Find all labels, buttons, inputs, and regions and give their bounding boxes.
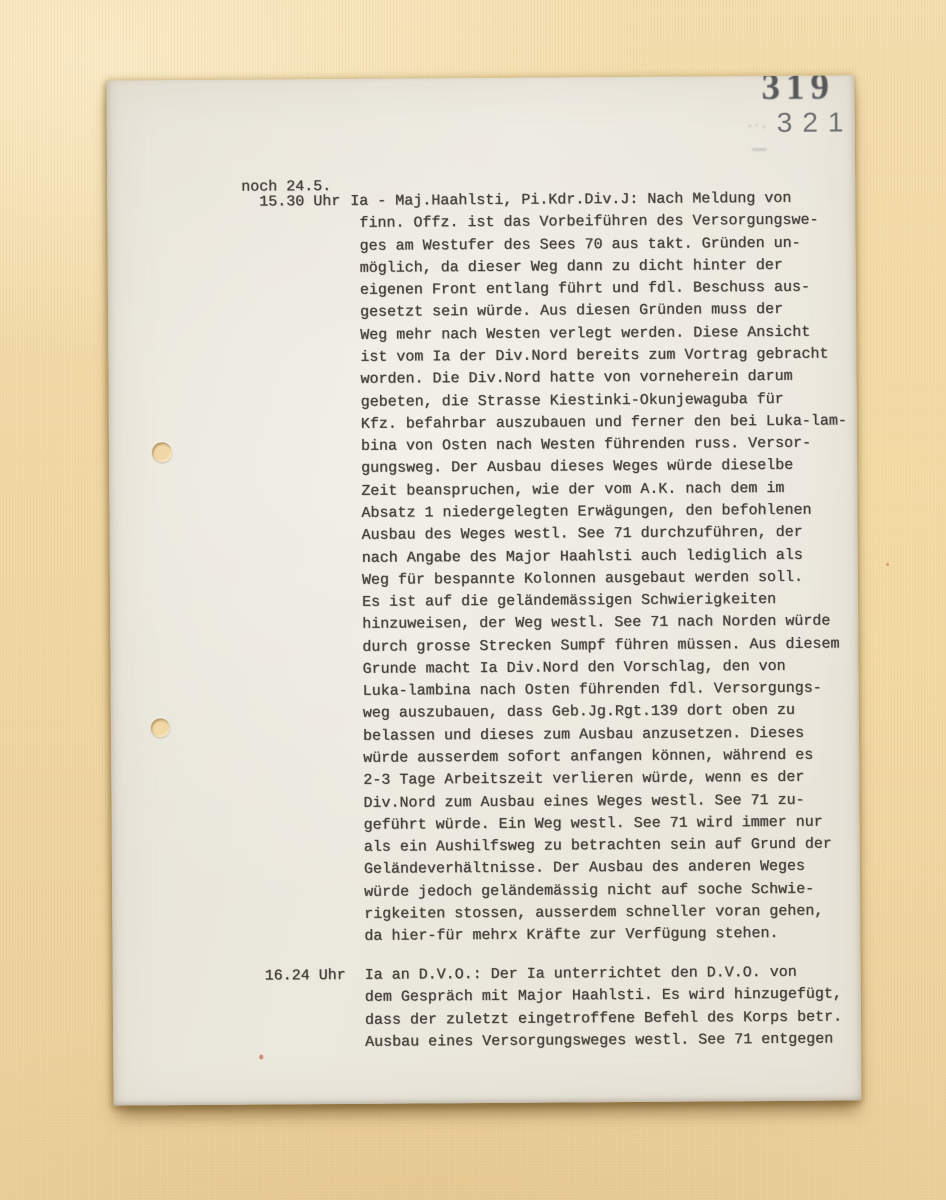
- scan-background: 319 321 noch 24.5. 15.30 Uhr Ia - Maj.Ha…: [0, 0, 946, 1200]
- entry-body-text: Ia an D.V.O.: Der Ia unterrichtet den D.…: [365, 962, 843, 1054]
- punch-hole-bottom: [151, 718, 170, 737]
- background-ink-speck: [886, 563, 889, 566]
- log-entry-1530: 15.30 Uhr Ia - Maj.Haahlsti, Pi.Kdr.Div.…: [259, 187, 850, 949]
- log-entry-1624: 16.24 Uhr Ia an D.V.O.: Der Ia unterrich…: [265, 962, 843, 1055]
- entry-body-text: Ia - Maj.Haahlsti, Pi.Kdr.Div.J: Nach Me…: [359, 187, 850, 948]
- faint-stamp-marks: [747, 121, 769, 132]
- faint-stamp-dash: [752, 148, 767, 151]
- punch-hole-top: [152, 442, 172, 462]
- entry-time-label: 16.24 Uhr: [265, 965, 346, 988]
- document-page: 319 321 noch 24.5. 15.30 Uhr Ia - Maj.Ha…: [106, 75, 861, 1105]
- red-ink-speck: [259, 1055, 263, 1060]
- page-number-stamp-321: 321: [777, 106, 854, 139]
- page-number-stamp-319: 319: [761, 75, 835, 109]
- entry-time-label: 15.30 Uhr: [259, 191, 340, 214]
